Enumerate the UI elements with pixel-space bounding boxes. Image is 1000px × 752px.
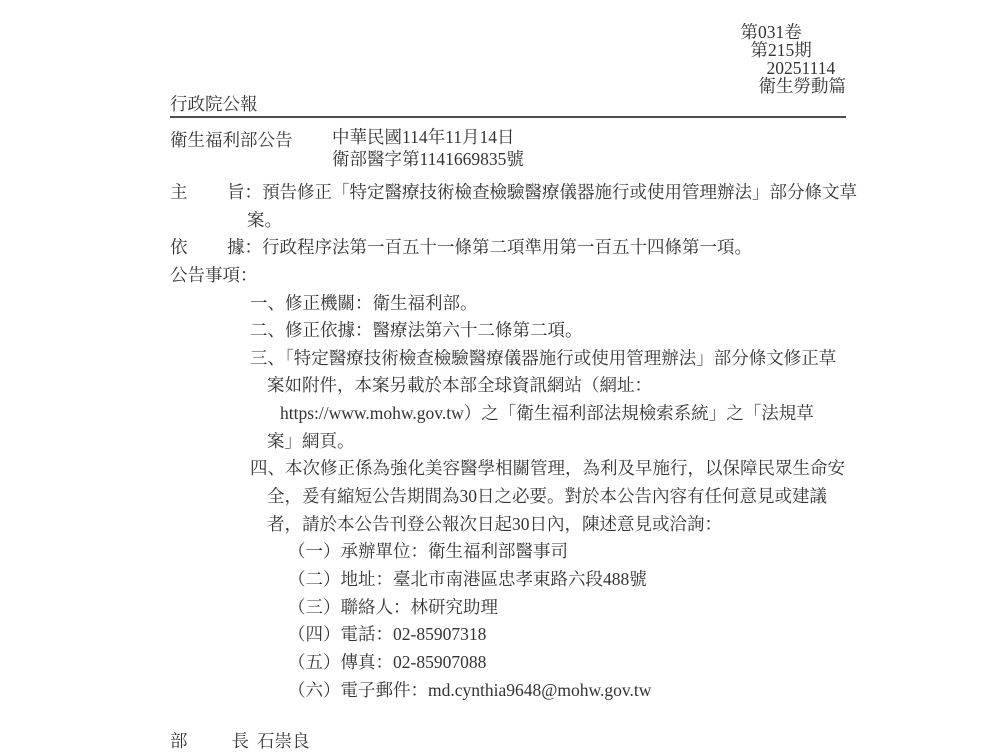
contact-text: 地址：臺北市南港區忠孝東路六段488號: [341, 569, 647, 589]
contact-marker: （四）: [288, 624, 341, 644]
contact-marker: （三）: [288, 597, 341, 617]
list-marker: 四、: [250, 458, 285, 478]
list-item-4-continuation: 者，請於本公告刊登公報次日起30日內，陳述意見或洽詢：: [170, 514, 846, 542]
basis-label-char-1: 依: [170, 237, 188, 265]
list-item-1: 一、修正機關：衛生福利部。: [170, 293, 846, 321]
subject-text-continuation: 案。: [170, 210, 846, 238]
list-item-text: 「特定醫療技術檢查檢驗醫療儀器施行或使用管理辦法」部分條文修正草: [285, 348, 836, 368]
basis-label: 依據：: [170, 237, 262, 265]
contact-marker: （五）: [288, 652, 341, 670]
list-item-text: 修正依據：醫療法第六十二條第二項。: [285, 320, 583, 340]
volume-label: 第031卷: [741, 22, 802, 42]
subject-label-char-2: 旨：: [227, 182, 262, 210]
gazette-header: 行政院公報 第031卷 第215期 20251114 衛生勞動篇: [170, 5, 846, 118]
subject-label-char-1: 主: [170, 182, 188, 210]
contact-text: 聯絡人：林研究助理: [341, 597, 499, 617]
list-marker: 一、: [250, 293, 285, 313]
announcement-date: 中華民國114年11月14日: [332, 127, 524, 149]
reference-number: 衛部醫字第1141669835號: [332, 149, 524, 171]
list-item-3: 三、「特定醫療技術檢查檢驗醫療儀器施行或使用管理辦法」部分條文修正草: [170, 348, 846, 376]
list-item-3-continuation: 案」網頁。: [170, 431, 846, 459]
list-item-3-url-line: https://www.mohw.gov.tw）之「衛生福利部法規檢索系統」之「…: [170, 403, 846, 431]
contact-item-phone: （四）電話：02-85907318: [170, 624, 846, 652]
list-item-text: 修正機關：衛生福利部。: [285, 293, 478, 313]
notice-body: 主旨： 預告修正「特定醫療技術檢查檢驗醫療儀器施行或使用管理辦法」部分條文草 案…: [170, 182, 846, 670]
contact-marker: （一）: [288, 541, 341, 561]
list-marker: 二、: [250, 320, 285, 340]
basis-text: 行政程序法第一百五十一條第二項準用第一百五十四條第一項。: [262, 237, 752, 265]
issue-label: 第215期: [751, 40, 812, 60]
subject-line: 主旨： 預告修正「特定醫療技術檢查檢驗醫療儀器施行或使用管理辦法」部分條文草: [170, 182, 846, 210]
gazette-title: 行政院公報: [170, 95, 258, 113]
contact-marker: （二）: [288, 569, 341, 589]
announcement-heading: 公告事項：: [170, 265, 846, 293]
section-label: 衛生勞動篇: [759, 76, 847, 96]
contact-item-address: （二）地址：臺北市南港區忠孝東路六段488號: [170, 569, 846, 597]
gazette-header-meta: 第031卷 第215期 20251114 衛生勞動篇: [714, 5, 846, 113]
subject-label: 主旨：: [170, 182, 262, 210]
list-item-text: 本次修正係為強化美容醫學相關管理，為利及早施行，以保障民眾生命安: [285, 458, 845, 478]
list-item-4-continuation: 全，爰有縮短公告期間為30日之必要。對於本公告內容有任何意見或建議: [170, 486, 846, 514]
contact-item-unit: （一）承辦單位：衛生福利部醫事司: [170, 541, 846, 569]
list-item-2: 二、修正依據：醫療法第六十二條第二項。: [170, 320, 846, 348]
contact-text: 承辦單位：衛生福利部醫事司: [341, 541, 569, 561]
basis-label-char-2: 據：: [227, 237, 262, 265]
contact-item-fax: （五）傳真：02-85907088: [170, 652, 846, 670]
subject-text: 預告修正「特定醫療技術檢查檢驗醫療儀器施行或使用管理辦法」部分條文草: [262, 182, 857, 210]
list-item-3-continuation: 案如附件，本案另載於本部全球資訊網站（網址：: [170, 375, 846, 403]
date-label: 20251114: [767, 58, 836, 78]
notice-meta: 中華民國114年11月14日 衛部醫字第1141669835號: [332, 127, 524, 170]
list-marker: 三、: [250, 348, 285, 368]
notice-subheader: 衛生福利部公告 中華民國114年11月14日 衛部醫字第1141669835號: [170, 127, 846, 170]
contact-text: 傳真：02-85907088: [341, 652, 487, 670]
agency-name: 衛生福利部公告: [170, 127, 332, 170]
contact-text: 電話：02-85907318: [341, 624, 487, 644]
basis-line: 依據： 行政程序法第一百五十一條第二項準用第一百五十四條第一項。: [170, 237, 846, 265]
gazette-page: 行政院公報 第031卷 第215期 20251114 衛生勞動篇 衛生福利部公告…: [170, 5, 846, 670]
contact-item-person: （三）聯絡人：林研究助理: [170, 597, 846, 625]
list-item-4: 四、本次修正係為強化美容醫學相關管理，為利及早施行，以保障民眾生命安: [170, 458, 846, 486]
